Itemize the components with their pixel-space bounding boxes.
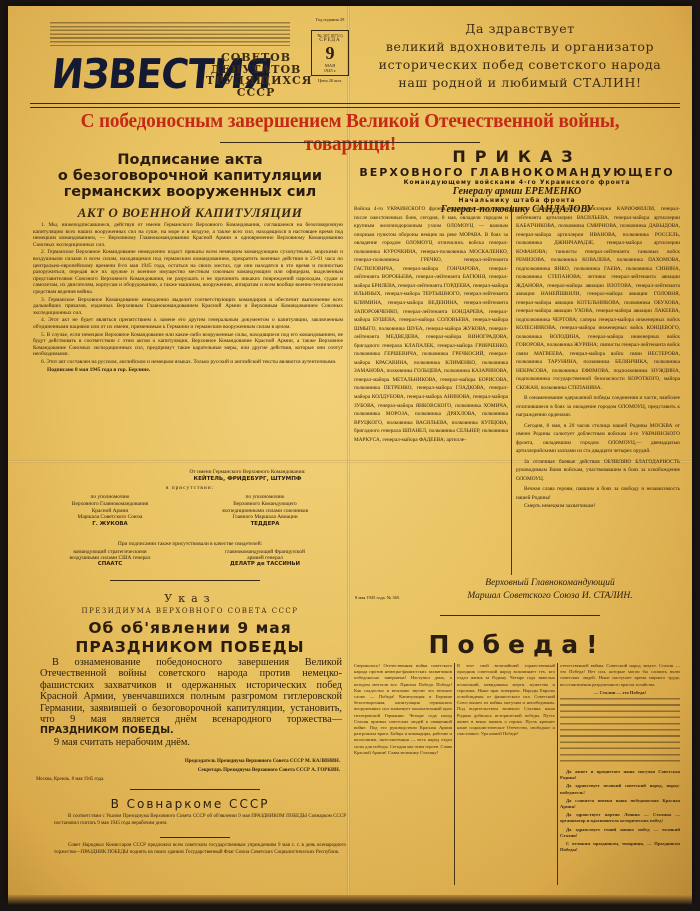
- issue-year: 1945 г.: [312, 68, 348, 73]
- headline-line: о безоговорочной капитуляции: [30, 168, 350, 184]
- subtitle-line: СОВЕТОВ: [206, 52, 306, 64]
- german-names: КЕЙТЕЛЬ, ФРИДЕБУРГ, ШТУМПФ: [150, 476, 345, 483]
- prikaz-subtitle: ВЕРХОВНОГО ГЛАВНОКОМАНДУЮЩЕГО: [352, 166, 682, 179]
- pobeda-slogan: Да здравствует гений наших побед — велик…: [560, 827, 680, 839]
- witness-us: командующий стратегическими воздушными с…: [40, 549, 180, 568]
- masthead-rule: [30, 103, 680, 108]
- pobeda-title: Победа!: [352, 630, 682, 659]
- presence-label: в присутствии:: [30, 485, 350, 492]
- prikaz-title: ПРИКАЗ: [352, 147, 682, 166]
- pobeda-slogan: Да здравствует партия Ленина — Сталина —…: [560, 812, 680, 824]
- pobeda-text: отечественной войны. Советский народ лик…: [560, 663, 680, 688]
- german-signers: От имени Германского Верховного Командов…: [150, 469, 345, 482]
- allied-representative: по уполномочию Верховного Командующего э…: [190, 494, 340, 528]
- prikaz-text: Смерть немецким захватчикам!: [516, 502, 680, 511]
- section-divider: [130, 789, 260, 790]
- banner-underline: [220, 142, 480, 143]
- addressee-label: Командующему войсками 4-го Украинского ф…: [352, 179, 682, 186]
- rep-name: Г. ЖУКОВА: [40, 521, 180, 528]
- prikaz-column-1: Войска 4-го УКРАИНСКОГО фронта, продолжа…: [354, 205, 508, 580]
- prikaz-text: Вечная слава героям, павшим в боях за св…: [516, 485, 680, 502]
- section-divider: [110, 580, 260, 581]
- act-body: 1. Мы, нижеподписавшиеся, действуя от им…: [33, 222, 343, 374]
- rep-line: Главного Маршала Авиации: [190, 514, 340, 521]
- headline-line: Об об'явлении 9 мая: [30, 619, 350, 638]
- pobeda-column-2: В этот свой величайший торжественный пра…: [457, 663, 555, 888]
- pobeda-slogan: С великим праздником, товарищи, — Праздн…: [560, 841, 680, 853]
- witness-label: При подписании также присутствовали в ка…: [30, 541, 350, 548]
- issue-date-box: Год издания 29 № 107 (8711) СРЕДА 9 МАЯ …: [311, 17, 349, 99]
- stalin-slogan: Да здравствует великий вдохновитель и ор…: [360, 20, 680, 92]
- pobeda-slogan: Да славится вовеки наша победоносная Кра…: [560, 798, 680, 810]
- pobeda-slogan: Да живет и процветает наша могучая Совет…: [560, 769, 680, 781]
- witness-france: главнокомандующий Французской армией ген…: [190, 549, 340, 568]
- torn-bottom-edge: [8, 895, 692, 905]
- ukaz-title: Указ: [30, 592, 350, 605]
- prikaz-text: ристы генерал-лейтенанта артиллерии КАРИ…: [516, 205, 680, 392]
- prikaz-text: За отличные боевые действия ОБ'ЯВЛЯЮ БЛА…: [516, 458, 680, 484]
- signer-name: Маршал Советского Союза И. СТАЛИН.: [420, 590, 680, 603]
- act-paragraph: 6. Этот акт составлен на русском, англий…: [33, 359, 343, 366]
- witness-name: ДЕЛАТР де ТАССИНЬИ: [190, 561, 340, 567]
- witness-name: СПААТС: [40, 561, 180, 567]
- rep-line: по уполномочию: [40, 494, 180, 501]
- column-separator: [557, 663, 558, 885]
- addressee-name: Генералу армии ЕРЕМЕНКО: [352, 186, 682, 197]
- act-signed: Подписано 8 мая 1945 года в гор. Берлине…: [33, 367, 343, 374]
- rep-line: экспедиционными силами союзников: [190, 508, 340, 515]
- slogan-line: наш родной и любимый СТАЛИН!: [360, 74, 680, 92]
- act-headline: Подписание акта о безоговорочной капитул…: [30, 152, 350, 200]
- act-paragraph: 3. Германское Верховное Командование нем…: [33, 297, 343, 317]
- subtitle-line: ТРУДЯЩИХСЯ: [206, 75, 306, 87]
- prikaz-date-number: 8 мая 1945 года. № 365.: [355, 595, 435, 602]
- ukaz-headline: Об об'явлении 9 мая ПРАЗДНИКОМ ПОБЕДЫ: [30, 619, 350, 657]
- pobeda-text-block: [560, 698, 680, 766]
- act-paragraph: 1. Мы, нижеподписавшиеся, действуя от им…: [33, 222, 343, 248]
- section-divider: [440, 615, 600, 616]
- pobeda-column-1: Свершилось! Отечественная война советско…: [354, 663, 452, 888]
- act-subhead: АКТ О ВОЕННОЙ КАПИТУЛЯЦИИ: [30, 205, 350, 221]
- section-divider: [160, 837, 230, 838]
- ukaz-issuer: ПРЕЗИДИУМА ВЕРХОВНОГО СОВЕТА СССР: [30, 607, 350, 615]
- sovnarkom-p1: В соответствии с Указом Президиума Верхо…: [54, 814, 346, 827]
- slogan-line: Да здравствует: [360, 20, 680, 38]
- sovnarkom-p2: Совет Народных Комиссаров СССР предложил…: [54, 843, 346, 856]
- rep-line: Маршала Советского Союза: [40, 514, 180, 521]
- soviet-representative: по уполномочию Верховного Главнокомандов…: [40, 494, 180, 528]
- prikaz-column-2: ристы генерал-лейтенанта артиллерии КАРИ…: [516, 205, 680, 511]
- headline-line: ПРАЗДНИКОМ ПОБЕДЫ: [30, 638, 350, 657]
- rep-name: ТЕДДЕРА: [190, 521, 340, 528]
- issue-day: 9: [312, 43, 348, 63]
- pobeda-subhead: — Сталин — это Победа!: [560, 690, 680, 696]
- german-label: От имени Германского Верховного Командов…: [150, 469, 345, 476]
- act-paragraph: 4. Этот акт не будет являться препятстви…: [33, 317, 343, 330]
- addressee-label: Начальнику штаба фронта: [352, 197, 682, 204]
- rep-line: Верховного Командующего: [190, 501, 340, 508]
- prikaz-signature: Верховный Главнокомандующий Маршал Совет…: [420, 577, 680, 603]
- masthead-fine-print: [50, 22, 290, 46]
- sovnarkom-title: В Совнаркоме СССР: [30, 797, 350, 811]
- ukaz-bold: ПРАЗДНИКОМ ПОБЕДЫ.: [40, 725, 174, 736]
- slogan-line: великий вдохновитель и организатор: [360, 38, 680, 56]
- year-label: Год издания 29: [311, 17, 349, 22]
- subtitle-line: СССР: [206, 87, 306, 99]
- price: Цена 20 коп.: [311, 78, 349, 83]
- ukaz-place-date: Москва, Кремль. 8 мая 1945 года.: [36, 777, 236, 784]
- prikaz-text: Сегодня, 8 мая, в 20 часов столица нашей…: [516, 422, 680, 456]
- signer: Председатель Президиума Верховного Совет…: [100, 758, 340, 767]
- slogan-line: исторических побед советского народа: [360, 56, 680, 74]
- masthead-subtitle: СОВЕТОВ ДЕПУТАТОВ ТРУДЯЩИХСЯ СССР: [206, 52, 306, 98]
- signer: Секретарь Президиума Верховного Совета С…: [100, 767, 340, 776]
- signer-title: Верховный Главнокомандующий: [420, 577, 680, 590]
- headline-line: Подписание акта: [30, 152, 350, 168]
- column-separator: [511, 205, 512, 575]
- rep-line: по уполномочию: [190, 494, 340, 501]
- pobeda-slogan: Да здравствует великий советский народ, …: [560, 783, 680, 795]
- act-paragraph: 2. Германское Верховное Командование нем…: [33, 249, 343, 295]
- rep-line: Красной Армии: [40, 508, 180, 515]
- column-separator: [454, 663, 455, 885]
- ukaz-nonworking: 9 мая считать нерабочим днём.: [40, 737, 342, 748]
- prikaz-text: В ознаменование одержанной победы соедин…: [516, 394, 680, 420]
- pobeda-column-3: отечественной войны. Советский народ лик…: [560, 663, 680, 853]
- act-paragraph: 5. В случае, если немецкое Верховное Ком…: [33, 332, 343, 358]
- ukaz-signers: Председатель Президиума Верховного Совет…: [100, 758, 340, 775]
- ukaz-body: В ознаменование победоносного завершения…: [40, 657, 342, 748]
- rep-line: Верховного Главнокомандования: [40, 501, 180, 508]
- headline-line: германских вооруженных сил: [30, 184, 350, 200]
- ukaz-text: В ознаменование победоносного завершения…: [40, 657, 342, 725]
